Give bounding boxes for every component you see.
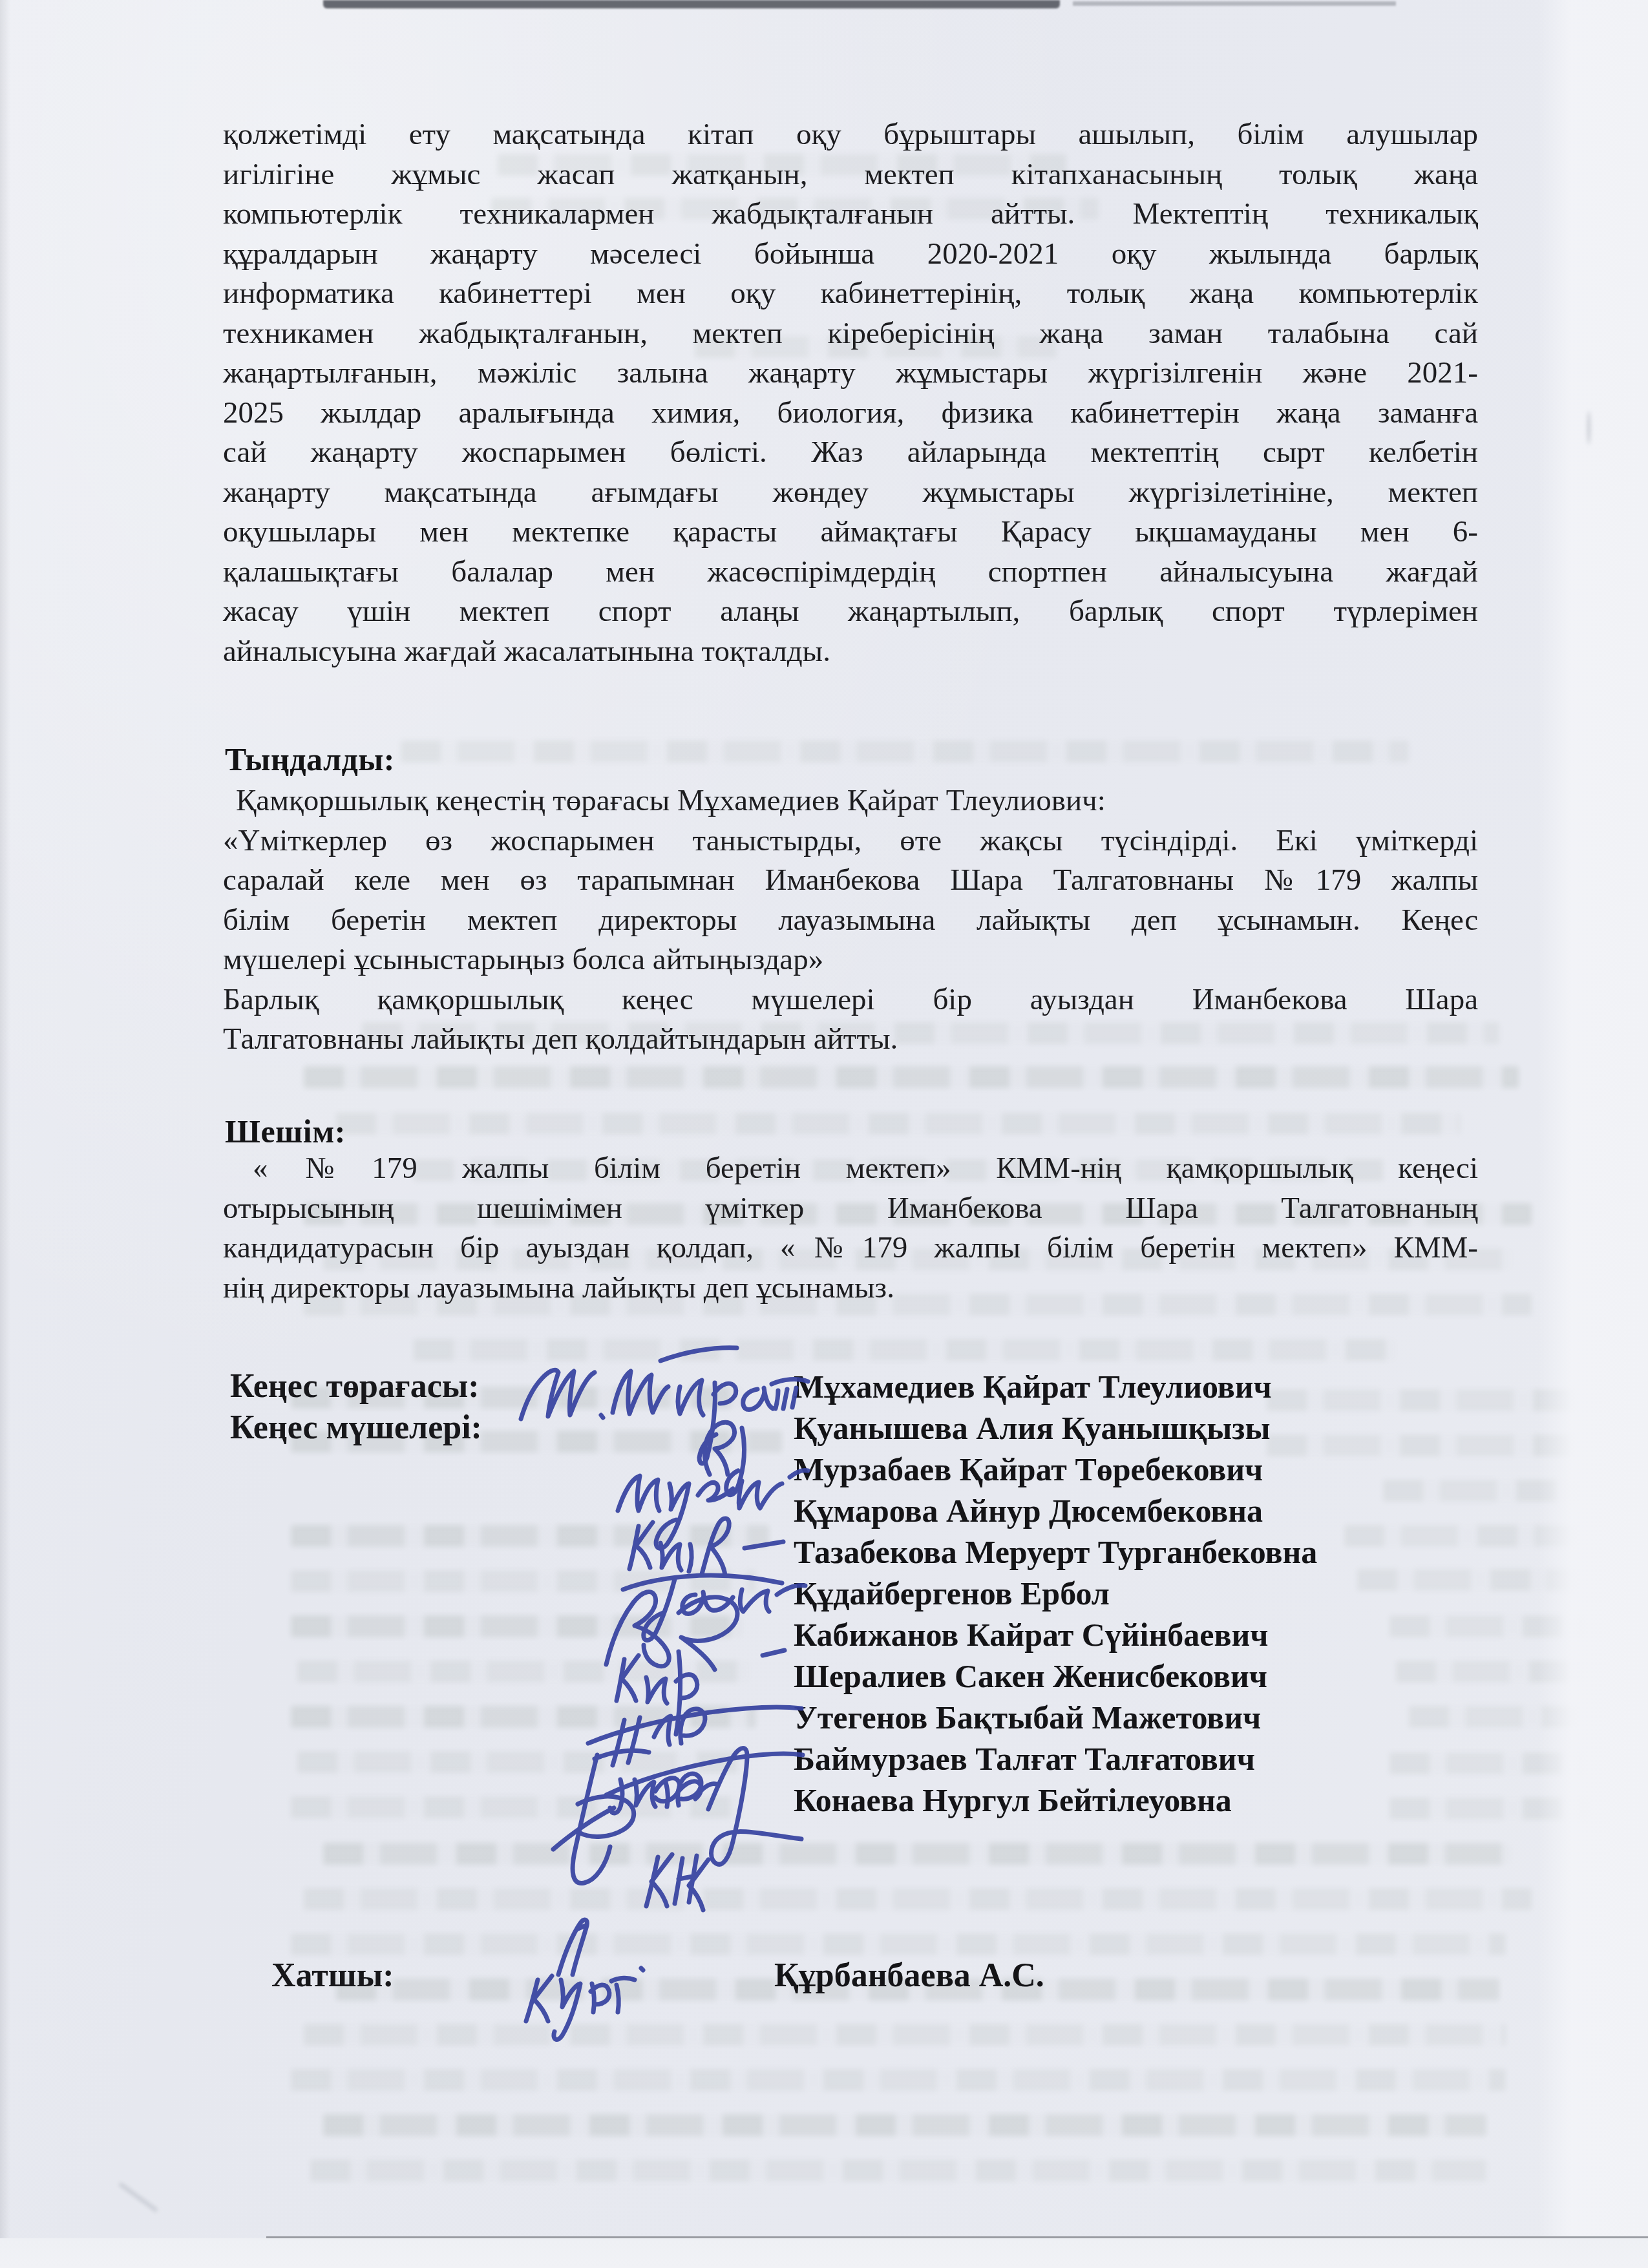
edge-speck [1587, 411, 1590, 445]
left-edge-shadow [0, 0, 10, 2268]
signature-member-3 [629, 1518, 783, 1575]
signature-secretary [526, 1920, 643, 2039]
scanned-document-page: қолжетімді ету мақсатында кітап оқу бұры… [0, 0, 1648, 2268]
right-page-edge [1538, 0, 1648, 2268]
ink-signatures-layer [0, 0, 1648, 2268]
bottom-page-edge [0, 2238, 1648, 2268]
signature-member-5 [606, 1592, 785, 1670]
scanner-edge-strip-faint [1073, 1, 1396, 6]
signature-member-9-10 [553, 1748, 801, 1911]
scanner-edge-strip [323, 0, 1060, 8]
signature-chairman [521, 1348, 808, 1464]
